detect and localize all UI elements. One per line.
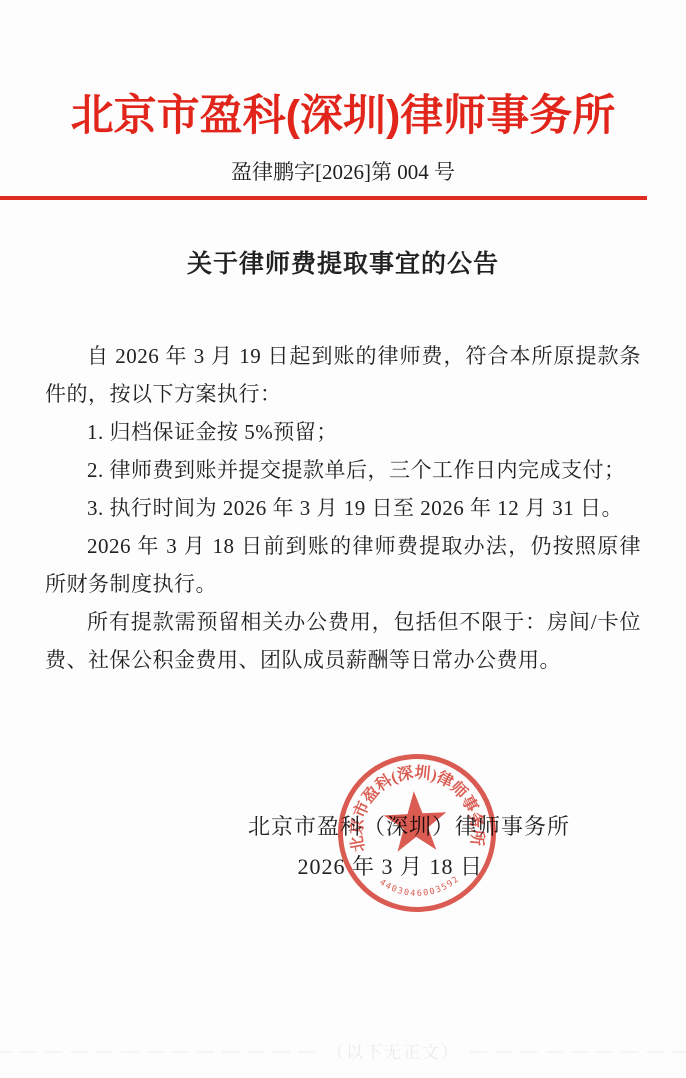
notice-title: 关于律师费提取事宜的公告 [0, 250, 686, 280]
end-note-text: （以下无正文） [327, 1038, 460, 1063]
signature-firm: 北京市盈科（深圳）律师事务所 [0, 807, 686, 847]
signature-date: 2026 年 3 月 18 日 [0, 847, 686, 887]
red-divider [0, 196, 647, 200]
paragraph-item-2: 2. 律师费到账并提交提款单后，三个工作日内完成支付； [45, 451, 641, 489]
page: { "document": { "header": { "firm_name":… [0, 0, 686, 1078]
paragraph-prior-rule: 2026 年 3 月 18 日前到账的律师费提取办法，仍按照原律所财务制度执行。 [45, 527, 641, 603]
signature-block: 北京市盈科（深圳）律师事务所 2026 年 3 月 18 日 [0, 807, 686, 887]
paragraph-reserved-fees: 所有提款需预留相关办公费用，包括但不限于：房间/卡位费、社保公积金费用、团队成员… [45, 603, 641, 679]
end-of-text-note: — — — — — — — — — — — — — （以下无正文） — — — … [0, 1038, 686, 1063]
notice-body: 自 2026 年 3 月 19 日起到账的律师费，符合本所原提款条件的，按以下方… [45, 337, 641, 679]
end-note-dashes-left: — — — — — — — — — — — — — [0, 1041, 317, 1061]
paragraph-item-1: 1. 归档保证金按 5%预留； [45, 413, 641, 451]
paragraph-intro: 自 2026 年 3 月 19 日起到账的律师费，符合本所原提款条件的，按以下方… [45, 337, 641, 413]
paragraph-item-3: 3. 执行时间为 2026 年 3 月 19 日至 2026 年 12 月 31… [45, 489, 641, 527]
doc-number: 盈律鹏字[2026]第 004 号 [0, 157, 686, 187]
end-note-dashes-right: — — — — — — — — — [470, 1041, 686, 1061]
firm-letterhead: 北京市盈科(深圳)律师事务所 [0, 0, 686, 144]
